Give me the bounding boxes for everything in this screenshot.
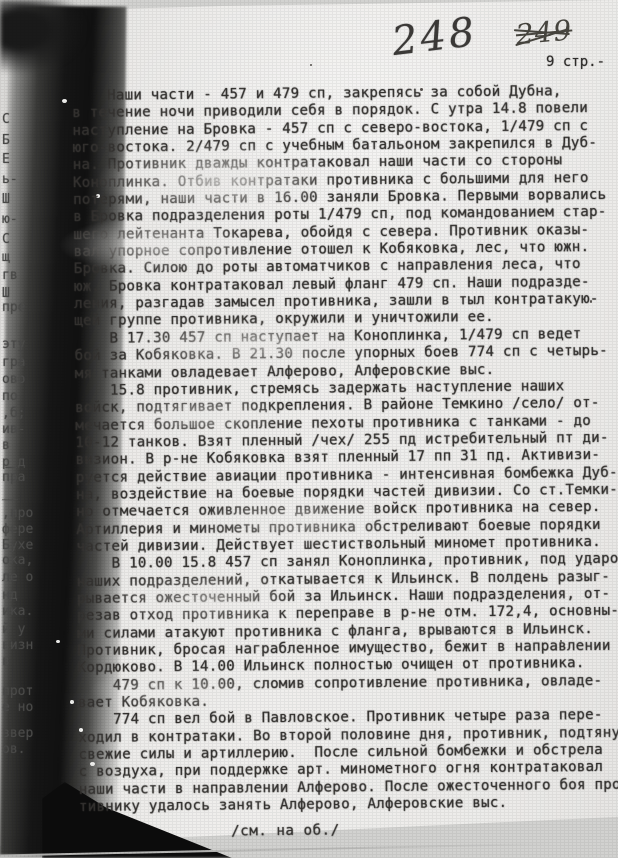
ink-speck	[310, 64, 312, 66]
margin-fragment: по	[2, 389, 18, 404]
see-overleaf-note: /см. на об./	[79, 820, 618, 843]
margin-fragment: гв	[2, 268, 18, 283]
margin-fragment: пре	[2, 300, 25, 315]
margin-fragment: __	[2, 486, 18, 501]
margin-fragment: ю-	[2, 212, 18, 227]
margin-fragment: С	[2, 112, 10, 127]
margin-fragment: в	[2, 438, 10, 453]
report-text: Наши части - 457 и 479 сп, закрепясь за …	[72, 83, 618, 843]
margin-fragment: фере	[2, 522, 33, 537]
dust-speck	[56, 640, 60, 643]
margin-fragment: е но	[2, 700, 33, 715]
margin-fragment: С	[2, 232, 10, 247]
margin-fragment: ь-	[2, 172, 18, 187]
margin-fragment: Ш	[2, 286, 10, 301]
crossed-out-number: 249	[515, 14, 572, 55]
text-line: тивнику удалось занять Алферово, Алферов…	[79, 794, 618, 817]
margin-fragment: ов.	[2, 742, 25, 757]
margin-fragment: Б	[2, 133, 10, 148]
margin-fragment: пра	[2, 470, 25, 485]
margin-fragment: ле о	[2, 570, 33, 585]
margin-fragment: ив-	[2, 422, 25, 437]
margin-fragment: ока,	[2, 553, 33, 568]
margin-fragment: нд	[2, 588, 18, 603]
margin-fragment: ,б;	[2, 406, 25, 421]
margin-fragment: гра	[2, 355, 25, 370]
margin-fragment: прот	[2, 684, 33, 699]
margin-fragment: звер	[2, 726, 33, 741]
margin-fragment: визн	[2, 638, 33, 653]
dust-speck	[62, 99, 67, 103]
margin-fragment: ,про	[2, 506, 33, 521]
page-number-label: 9 стр.-	[546, 54, 605, 70]
margin-fragment: щ	[2, 250, 10, 265]
margin-fragment: Е	[2, 152, 10, 167]
margin-fragment: Бухе	[2, 538, 33, 553]
margin-fragment: р д	[2, 455, 25, 470]
left-margin-fragments: СБЕь-Шю-СщгвШпреэтуграовопо,б;ив-вр дпра…	[0, 0, 48, 858]
scanned-document-page: СБЕь-Шю-СщгвШпреэтуграовопо,б;ив-вр дпра…	[0, 0, 618, 858]
margin-fragment: Ш	[2, 192, 10, 207]
margin-fragment: ово	[2, 372, 25, 387]
margin-fragment: эту	[2, 337, 25, 352]
margin-fragment: й у	[2, 622, 25, 637]
dust-speck	[70, 700, 74, 704]
margin-fragment: в	[2, 654, 10, 669]
document-lines: Наши части - 457 и 479 сп, закрепясь за …	[72, 83, 618, 817]
margin-fragment: ика.	[2, 604, 33, 619]
